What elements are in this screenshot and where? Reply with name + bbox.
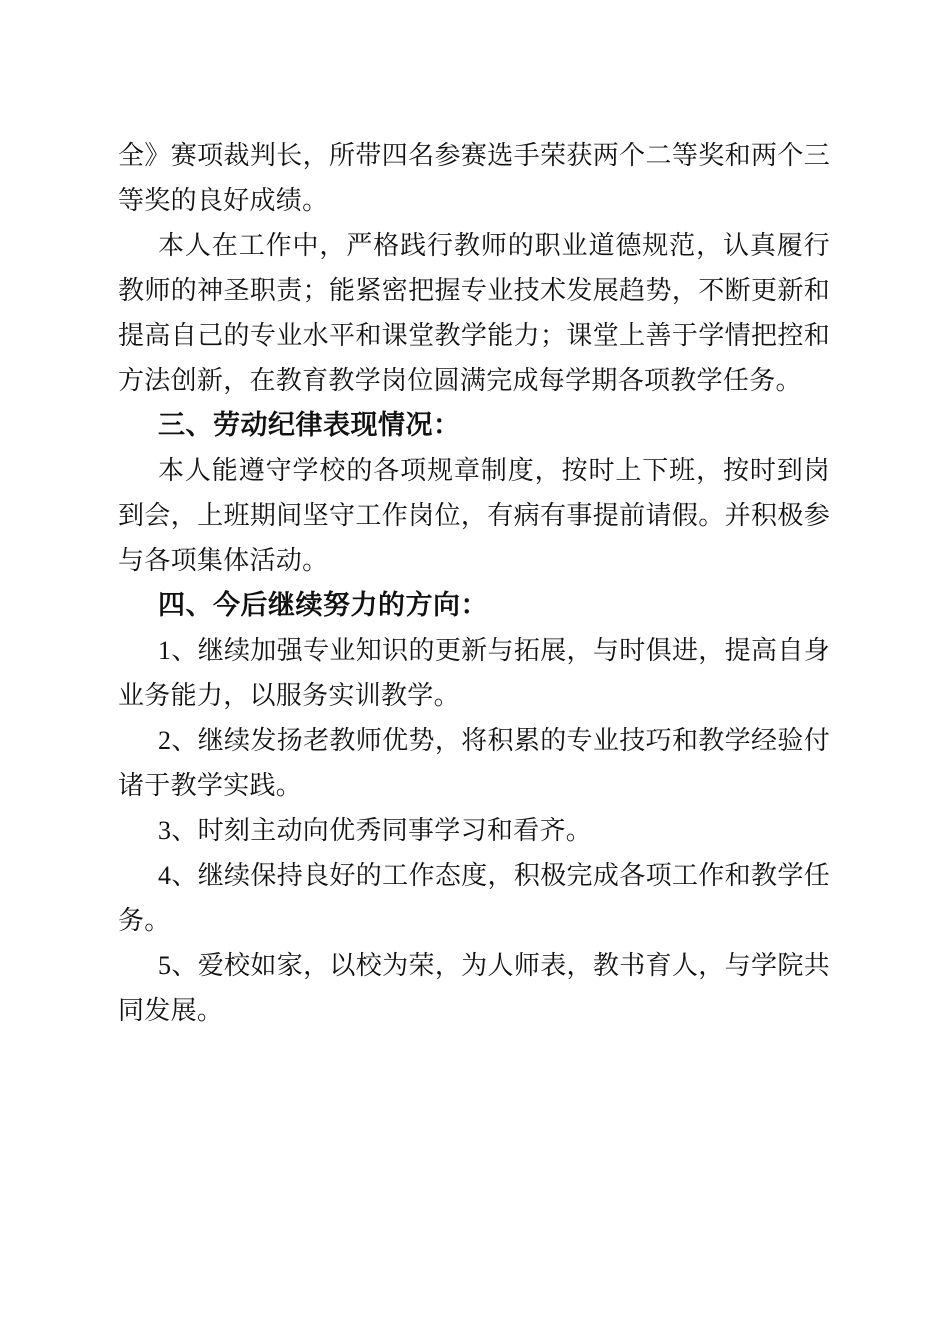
body-paragraph: 3、时刻主动向优秀同事学习和看齐。 bbox=[118, 808, 830, 853]
document-page: 全》赛项裁判长，所带四名参赛选手荣获两个二等奖和两个三等奖的良好成绩。本人在工作… bbox=[0, 0, 950, 1344]
body-paragraph: 本人在工作中，严格践行教师的职业道德规范，认真履行教师的神圣职责；能紧密把握专业… bbox=[118, 223, 830, 403]
body-paragraph: 5、爱校如家，以校为荣，为人师表，教书育人，与学院共同发展。 bbox=[118, 943, 830, 1033]
document-body: 全》赛项裁判长，所带四名参赛选手荣获两个二等奖和两个三等奖的良好成绩。本人在工作… bbox=[118, 133, 830, 1033]
body-paragraph: 2、继续发扬老教师优势，将积累的专业技巧和教学经验付诸于教学实践。 bbox=[118, 718, 830, 808]
continuation-paragraph: 全》赛项裁判长，所带四名参赛选手荣获两个二等奖和两个三等奖的良好成绩。 bbox=[118, 133, 830, 223]
section-heading: 三、劳动纪律表现情况： bbox=[118, 403, 830, 448]
section-heading: 四、今后继续努力的方向： bbox=[118, 583, 830, 628]
body-paragraph: 本人能遵守学校的各项规章制度，按时上下班，按时到岗到会，上班期间坚守工作岗位，有… bbox=[118, 448, 830, 583]
body-paragraph: 1、继续加强专业知识的更新与拓展，与时俱进，提高自身业务能力，以服务实训教学。 bbox=[118, 628, 830, 718]
body-paragraph: 4、继续保持良好的工作态度，积极完成各项工作和教学任务。 bbox=[118, 853, 830, 943]
